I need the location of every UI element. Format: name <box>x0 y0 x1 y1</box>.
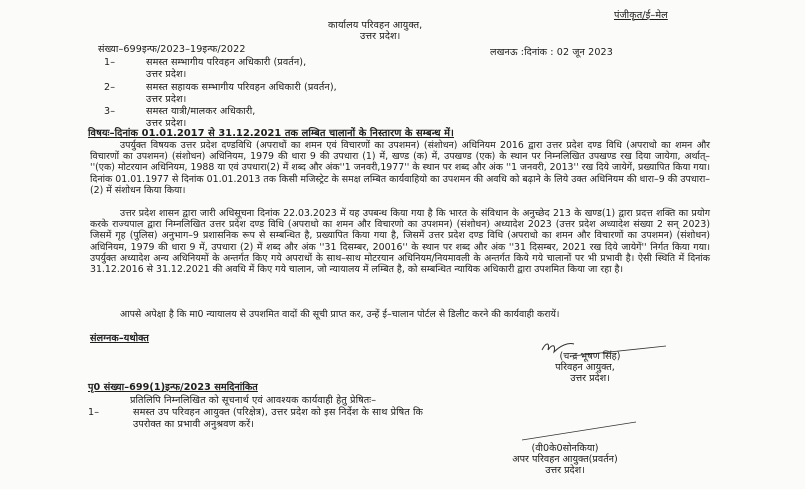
body-paragraph-1: उपर्युक्त विषयक उत्तर प्रदेश दण्डविधि (अ… <box>90 140 710 196</box>
endorsement-item-number: 1– <box>88 407 99 419</box>
signature-stroke-icon <box>520 420 640 442</box>
recipient-line: समस्त सम्भागीय परिवहन अधिकारी (प्रवर्तन)… <box>146 57 306 69</box>
recipient-line: समस्त सहायक सम्भागीय परिवहन अधिकारी (प्र… <box>146 82 337 94</box>
paragraph-text: उपर्युक्त विषयक उत्तर प्रदेश दण्डविधि (अ… <box>90 140 710 196</box>
recipient-state: उत्तर प्रदेश। <box>146 69 186 81</box>
paragraph-text: उत्तर प्रदेश शासन द्वारा जारी अधिसूचना द… <box>90 208 710 275</box>
endorsement-item-line: उपरोक्त का प्रभावी अनुश्रवण करें। <box>133 419 254 431</box>
reference-number: संख्या–699इन्फ/2023–19इन्फ/2022 <box>98 44 246 56</box>
signatory-name: (चन्द्र भूषण सिंह) <box>545 351 635 363</box>
subject-line: विषयः–दिनांक 01.01.2017 से 31.12.2021 तक… <box>88 128 454 140</box>
signatory-name: (वी0के0सोनकिया) <box>490 443 640 455</box>
signatory-designation: परिवहन आयुक्त, <box>540 362 630 374</box>
body-paragraph-3: आपसे अपेक्षा है कि मा0 न्यायालय से उपशमि… <box>90 309 710 320</box>
endorsement-intro: प्रतिलिपि निम्नलिखित को सूचनार्थ एवं आवश… <box>130 395 376 407</box>
place-date: लखनऊ :दिनांक : 02 जून 2023 <box>490 47 613 59</box>
signatory-state: उत्तर प्रदेश। <box>545 373 635 385</box>
recipient-number: 2– <box>104 82 115 94</box>
recipient-state: उत्तर प्रदेश। <box>146 94 186 106</box>
document-page: पंजीकृत/ई–मेल कार्यालय परिवहन आयुक्त, उत… <box>0 0 805 489</box>
paragraph-text: आपसे अपेक्षा है कि मा0 न्यायालय से उपशमि… <box>90 309 710 320</box>
recipient-number: 3– <box>104 106 115 118</box>
signatory-designation: अपर परिवहन आयुक्त(प्रवर्तन) <box>490 454 640 466</box>
registered-email-label: पंजीकृत/ई–मेल <box>614 10 668 22</box>
recipient-number: 1– <box>104 57 115 69</box>
body-paragraph-2: उत्तर प्रदेश शासन द्वारा जारी अधिसूचना द… <box>90 208 710 275</box>
office-state: उत्तर प्रदेश। <box>360 31 400 43</box>
enclosure-label: संलग्नक–यथोक्त <box>90 333 149 345</box>
recipient-line: समस्त यात्री/मालकर अधिकारी, <box>146 106 255 118</box>
signatory-state: उत्तर प्रदेश। <box>490 465 640 477</box>
office-name: कार्यालय परिवहन आयुक्त, <box>328 20 422 32</box>
endorsement-item-line: समस्त उप परिवहन आयुक्त (परिक्षेत्र), उत्… <box>133 407 423 419</box>
endorsement-reference: पृ0 संख्या–699(1)इन्फ/2023 समदिनांकित <box>88 382 258 394</box>
